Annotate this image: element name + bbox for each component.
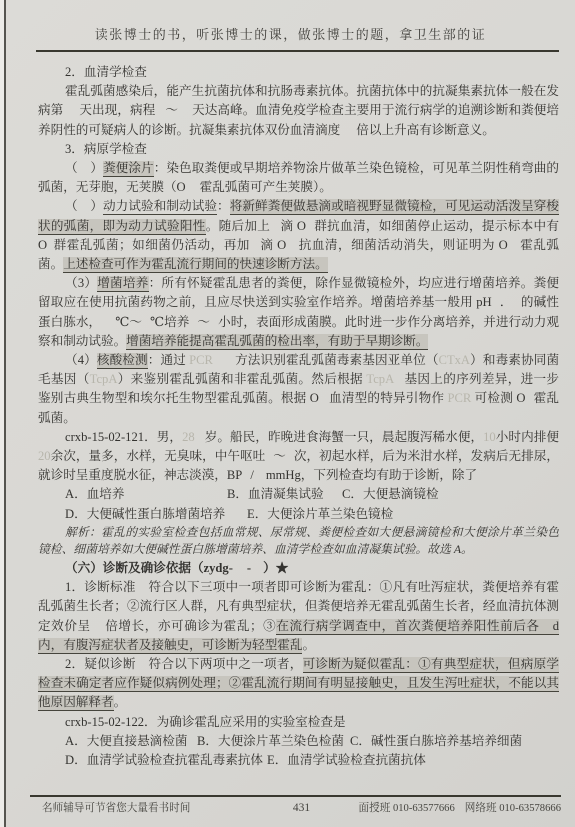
question-122-stem: crxb-15-02-122．为确诊霍乱应采用的实验室检查是	[38, 713, 559, 732]
para-stool-smear: （ ）粪便涂片：染色取粪便或早期培养物涂片做革兰染色镜检，可见革兰阴性稍弯曲的弧…	[38, 159, 559, 197]
page-footer: 名师辅导可节省您大量看书时间 431 面授班 010-63577666 网络班 …	[30, 795, 561, 815]
question-122-options-row1: A．大便直接悬滴检菌 B．大便涂片革兰染色检菌 C．碱性蛋白胨培养基培养细菌	[65, 732, 559, 751]
option-c: C．大便悬滴镜检	[342, 485, 439, 504]
para-enrichment-culture: （3）增菌培养：所有怀疑霍乱患者的粪便，除作显微镜检外，均应进行增菌培养。粪便留…	[38, 274, 559, 351]
footer-slogan: 名师辅导可节省您大量看书时间	[30, 800, 293, 815]
para-serology-detail: 霍乱弧菌感染后，能产生抗菌抗体和抗肠毒素抗体。抗菌抗体中的抗凝集素抗体一般在发病…	[38, 82, 559, 140]
option-e: E．大便涂片革兰染色镜检	[247, 505, 393, 524]
heading-diagnosis-basis: （六）诊断及确诊依据（zydg--）★	[38, 559, 559, 578]
question-121-options-row1: A．血培养 B．血清凝集试验 C．大便悬滴镜检	[65, 485, 559, 504]
heading-serology-test: 2．血清学检查	[38, 63, 559, 82]
question-122-options-row2: D．血清学试验检查抗霍乱毒素抗体 E．血清学试验检查抗菌抗体	[65, 751, 559, 770]
footer-contact-onsite: 面授班 010-63577666	[359, 800, 455, 815]
heading-pathogen-test: 3．病原学检查	[38, 140, 559, 159]
footer-rule	[30, 795, 561, 797]
para-motility-test: （ ）动力试验和制动试验：将新鲜粪便做悬滴或暗视野显微镜检，可见运动活泼呈穿梭状…	[38, 197, 559, 274]
para-nucleic-acid-detection: （4）核酸检测：通过 PCR方法识别霍乱弧菌毒素基因亚单位（CTxA）和毒素协同…	[38, 351, 559, 428]
header-rule	[36, 50, 559, 52]
option-d: D．大便碱性蛋白胨增菌培养	[65, 505, 247, 524]
para-suspected-diagnosis: 2．疑似诊断 符合以下两项中之一项者，可诊断为疑似霍乱：①有典型症状，但病原学检…	[38, 655, 559, 713]
option-a: A．大便直接悬滴检菌	[65, 732, 197, 751]
option-a: A．血培养	[65, 485, 227, 504]
book-page: 读张博士的书，听张博士的课，做张博士的题，拿卫生部的证 2．血清学检查 霍乱弧菌…	[6, 0, 575, 827]
option-d: D．血清学试验检查抗霍乱毒素抗体	[65, 751, 267, 770]
page-header-slogan: 读张博士的书，听张博士的课，做张博士的题，拿卫生部的证	[6, 0, 575, 43]
page-content: 2．血清学检查 霍乱弧菌感染后，能产生抗菌抗体和抗肠毒素抗体。抗菌抗体中的抗凝集…	[38, 63, 559, 770]
option-e: E．血清学试验检查抗菌抗体	[267, 751, 426, 770]
option-b: B．血清凝集试验	[227, 485, 342, 504]
question-121-analysis: 解析：霍乱的实验室检查包括血常规、尿常规、粪便检查如大便悬滴镜检和大便涂片革兰染…	[38, 524, 559, 559]
footer-contact-online: 网络班 010-63578666	[465, 800, 561, 815]
para-diagnosis-criteria: 1．诊断标准 符合以下三项中一项者即可诊断为霍乱：①凡有吐泻症状，粪便培养有霍乱…	[38, 578, 559, 655]
question-121-stem: crxb-15-02-121．男，28岁。船民，昨晚进食海蟹一只，晨起腹泻稀水便…	[38, 428, 559, 486]
question-121-options-row2: D．大便碱性蛋白胨增菌培养 E．大便涂片革兰染色镜检	[65, 505, 559, 524]
page-number: 431	[293, 802, 310, 814]
option-c: C．碱性蛋白胨培养基培养细菌	[350, 732, 522, 751]
option-b: B．大便涂片革兰染色检菌	[197, 732, 350, 751]
